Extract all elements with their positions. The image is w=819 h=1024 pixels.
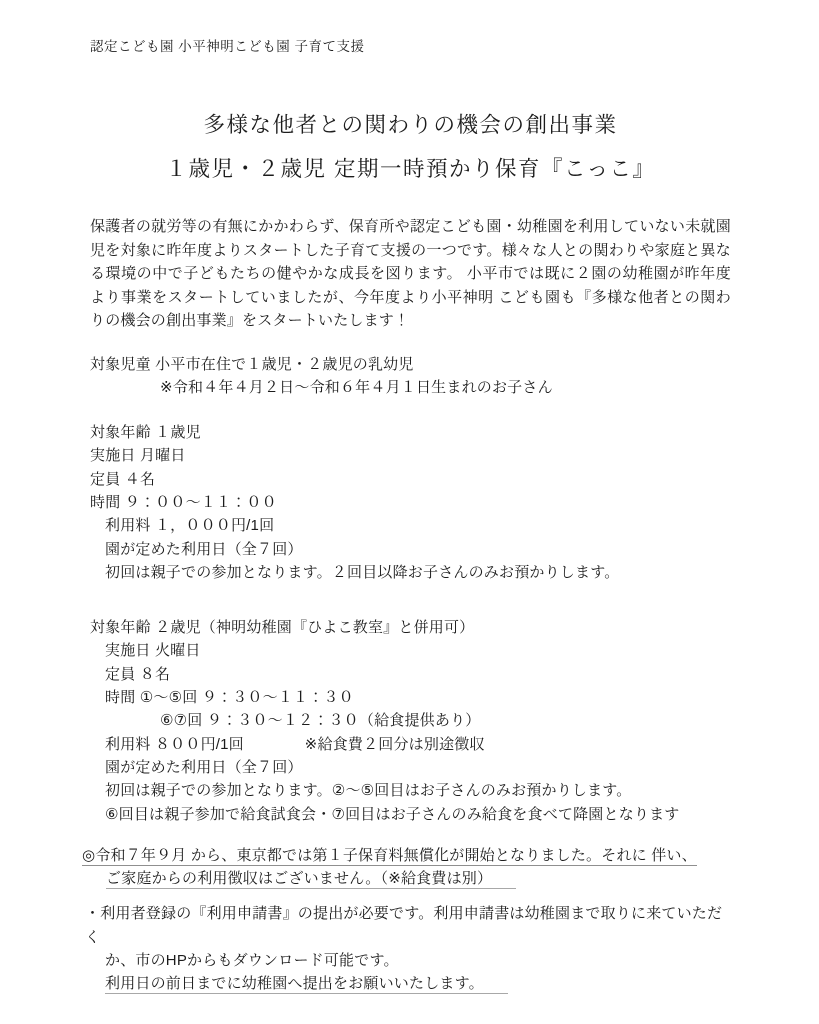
age1-schedule-line: 園が定めた利用日（全７回） [90,538,731,561]
application-line-3: 利用日の前日までに幼稚園へ提出をお願いいたします。 [85,972,731,995]
age2-schedule-line: 園が定めた利用日（全７回） [90,756,731,779]
age1-capacity-line: 定員 ４名 [90,468,731,491]
age1-first-session-note: 初回は親子での参加となります。２回目以降お子さんのみお預かりします。 [90,561,731,584]
main-title-line-1: 多様な他者との関わりの機会の創出事業 [90,103,731,147]
age1-fee-line: 利用料 １，０００円/1回 [90,514,731,537]
age2-capacity-line: 定員 ８名 [90,663,731,686]
title-block: 多様な他者との関わりの機会の創出事業 １歳児・２歳児 定期一時預かり保育『こっこ… [90,103,731,191]
age2-time-line-1: 時間 ①～⑤回 ９：３０～１１：３０ [90,686,731,709]
age2-heading: 対象年齢 ２歳児（神明幼稚園『ひよこ教室』と併用可） [90,616,731,639]
target-children-section: 対象児童 小平市在住で１歳児・２歳児の乳幼児 ※令和４年４月２日～令和６年４月１… [90,353,731,400]
age1-day-line: 実施日 月曜日 [90,444,731,467]
free-childcare-notice: ◎令和７年９月 から、東京都では第１子保育料無償化が開始となりました。それに 伴… [82,844,731,891]
main-title-line-2: １歳児・２歳児 定期一時預かり保育『こっこ』 [90,147,731,191]
notice-line-2-text: ご家庭からの利用徴収はございません。（※給食費は別） [106,870,516,889]
application-section: ・利用者登録の『利用申請書』の提出が必要です。利用申請書は幼稚園まで取りに来てい… [85,902,731,995]
document-page: 認定こども園 小平神明こども園 子育て支援 多様な他者との関わりの機会の創出事業… [0,0,819,996]
notice-line-1: ◎令和７年９月 から、東京都では第１子保育料無償化が開始となりました。それに 伴… [82,844,731,867]
application-line-1: ・利用者登録の『利用申請書』の提出が必要です。利用申請書は幼稚園まで取りに来てい… [85,902,731,949]
birthdate-note-line: ※令和４年４月２日～令和６年４月１日生まれのお子さん [90,376,731,399]
age2-time-line-2: ⑥⑦回 ９：３０～１２：３０（給食提供あり） [90,709,731,732]
notice-line-2: ご家庭からの利用徴収はございません。（※給食費は別） [82,867,731,890]
age1-target-age-line: 対象年齢 １歳児 [90,421,731,444]
age1-section: 対象年齢 １歳児 実施日 月曜日 定員 ４名 時間 ９：００～１１：００ 利用料… [90,421,731,584]
document-header-line: 認定こども園 小平神明こども園 子育て支援 [90,38,731,56]
age2-section: 対象年齢 ２歳児（神明幼稚園『ひよこ教室』と併用可） 実施日 火曜日 定員 ８名… [90,616,731,826]
application-line-2: か、市のHPからもダウンロード可能です。 [85,949,731,972]
age2-day-line: 実施日 火曜日 [90,639,731,662]
target-children-line: 対象児童 小平市在住で１歳児・２歳児の乳幼児 [90,353,731,376]
application-deadline-text: 利用日の前日までに幼稚園へ提出をお願いいたします。 [105,975,508,994]
age2-participation-note-2: ⑥回目は親子参加で給食試食会・⑦回目はお子さんのみ給食を食べて降園となります [90,803,731,826]
intro-paragraph: 保護者の就労等の有無にかかわらず、保育所や認定こども園・幼稚園を利用していない未… [90,215,731,333]
age1-time-line: 時間 ９：００～１１：００ [90,491,731,514]
age2-fee-line: 利用料 ８００円/1回 ※給食費２回分は別途徴収 [90,733,731,756]
age2-participation-note-1: 初回は親子での参加となります。②～⑤回目はお子さんのみお預かりします。 [90,779,731,802]
notice-line-1-text: ◎令和７年９月 から、東京都では第１子保育料無償化が開始となりました。それに 伴… [82,847,697,866]
